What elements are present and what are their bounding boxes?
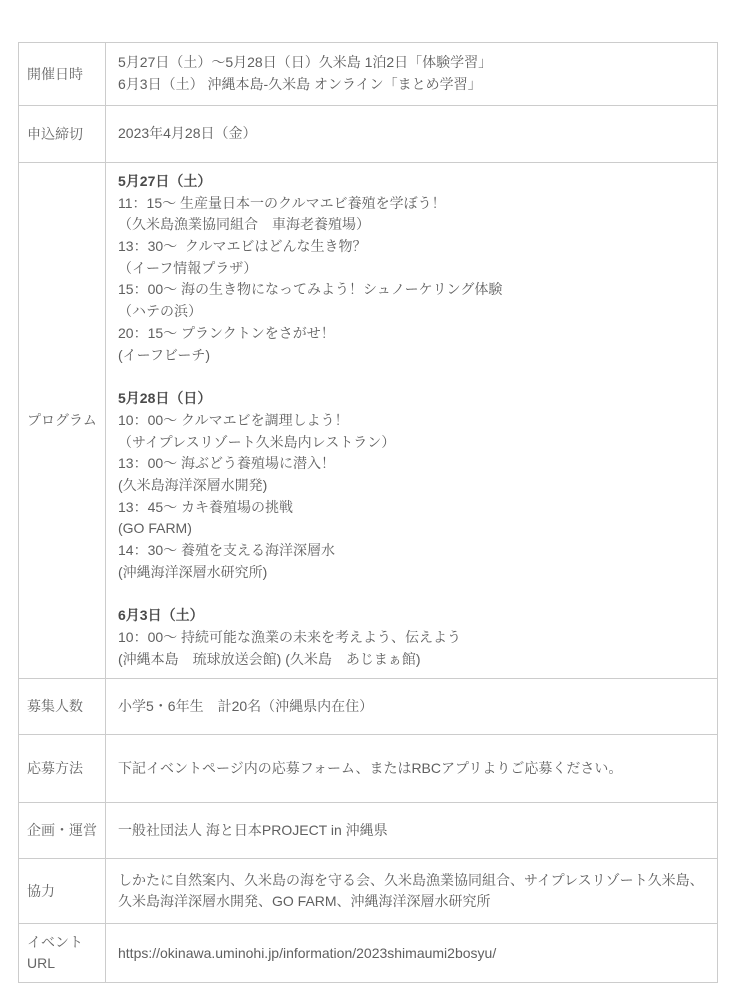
program-day-2: 5月28日（日） 10：00〜 クルマエビを調理しよう！ （サイプレスリゾート久…: [118, 388, 705, 583]
row-value-organizer: 一般社団法人 海と日本PROJECT in 沖縄県: [106, 803, 718, 859]
row-label-event-date: 開催日時: [19, 43, 106, 106]
row-event-date: 開催日時 5月27日（土）〜5月28日（日）久米島 1泊2日「体験学習」 6月3…: [19, 43, 718, 106]
row-capacity: 募集人数 小学5・6年生 計20名（沖縄県内在住）: [19, 679, 718, 735]
row-label-application-deadline: 申込締切: [19, 106, 106, 163]
row-label-text: 協力: [27, 883, 55, 899]
row-label-event-url: イベントURL: [19, 924, 106, 983]
row-value-application-deadline: 2023年4月28日（金）: [106, 106, 718, 163]
row-label-cooperation: 協力: [19, 859, 106, 924]
row-label-organizer: 企画・運営: [19, 803, 106, 859]
event-info-table: 開催日時 5月27日（土）〜5月28日（日）久米島 1泊2日「体験学習」 6月3…: [18, 42, 718, 983]
row-organizer: 企画・運営 一般社団法人 海と日本PROJECT in 沖縄県: [19, 803, 718, 859]
capacity-text: 小学5・6年生 計20名（沖縄県内在住）: [118, 696, 705, 718]
event-url-text: https://okinawa.uminohi.jp/information/2…: [118, 943, 705, 965]
row-label-text: 募集人数: [27, 698, 83, 714]
organizer-text: 一般社団法人 海と日本PROJECT in 沖縄県: [118, 820, 705, 842]
row-label-application-method: 応募方法: [19, 735, 106, 803]
row-label-text: イベントURL: [27, 934, 83, 971]
row-program: プログラム 5月27日（土） 11：15〜 生産量日本一のクルマエビ養殖を学ぼう…: [19, 163, 718, 679]
row-label-program: プログラム: [19, 163, 106, 679]
program-day-2-schedule: 10：00〜 クルマエビを調理しよう！ （サイプレスリゾート久米島内レストラン）…: [118, 410, 705, 584]
row-label-text: 開催日時: [27, 66, 83, 82]
program-day-1: 5月27日（土） 11：15〜 生産量日本一のクルマエビ養殖を学ぼう！ （久米島…: [118, 171, 705, 366]
row-value-event-date: 5月27日（土）〜5月28日（日）久米島 1泊2日「体験学習」 6月3日（土） …: [106, 43, 718, 106]
application-method-text: 下記イベントページ内の応募フォーム、またはRBCアプリよりご応募ください。: [118, 758, 705, 780]
program-day-1-schedule: 11：15〜 生産量日本一のクルマエビ養殖を学ぼう！ （久米島漁業協同組合 車海…: [118, 193, 705, 367]
row-value-cooperation: しかたに自然案内、久米島の海を守る会、久米島漁業協同組合、サイプレスリゾート久米…: [106, 859, 718, 924]
row-value-event-url: https://okinawa.uminohi.jp/information/2…: [106, 924, 718, 983]
row-label-text: 応募方法: [27, 760, 83, 776]
cooperation-text: しかたに自然案内、久米島の海を守る会、久米島漁業協同組合、サイプレスリゾート久米…: [118, 870, 705, 913]
page: 開催日時 5月27日（土）〜5月28日（日）久米島 1泊2日「体験学習」 6月3…: [0, 0, 740, 991]
row-event-url: イベントURL https://okinawa.uminohi.jp/infor…: [19, 924, 718, 983]
row-label-text: プログラム: [27, 412, 97, 428]
row-application-method: 応募方法 下記イベントページ内の応募フォーム、またはRBCアプリよりご応募くださ…: [19, 735, 718, 803]
row-application-deadline: 申込締切 2023年4月28日（金）: [19, 106, 718, 163]
row-label-text: 企画・運営: [27, 822, 97, 838]
row-label-text: 申込締切: [27, 126, 83, 142]
program-day-3: 6月3日（土） 10：00〜 持続可能な漁業の未来を考えよう、伝えよう (沖縄本…: [118, 605, 705, 670]
program-day-3-heading: 6月3日（土）: [118, 605, 705, 627]
application-deadline-text: 2023年4月28日（金）: [118, 123, 705, 145]
row-value-capacity: 小学5・6年生 計20名（沖縄県内在住）: [106, 679, 718, 735]
program-day-1-heading: 5月27日（土）: [118, 171, 705, 193]
row-value-application-method: 下記イベントページ内の応募フォーム、またはRBCアプリよりご応募ください。: [106, 735, 718, 803]
event-date-text: 5月27日（土）〜5月28日（日）久米島 1泊2日「体験学習」 6月3日（土） …: [118, 52, 705, 95]
row-label-capacity: 募集人数: [19, 679, 106, 735]
row-value-program: 5月27日（土） 11：15〜 生産量日本一のクルマエビ養殖を学ぼう！ （久米島…: [106, 163, 718, 679]
program-day-3-schedule: 10：00〜 持続可能な漁業の未来を考えよう、伝えよう (沖縄本島 琉球放送会館…: [118, 627, 705, 670]
row-cooperation: 協力 しかたに自然案内、久米島の海を守る会、久米島漁業協同組合、サイプレスリゾー…: [19, 859, 718, 924]
program-day-2-heading: 5月28日（日）: [118, 388, 705, 410]
